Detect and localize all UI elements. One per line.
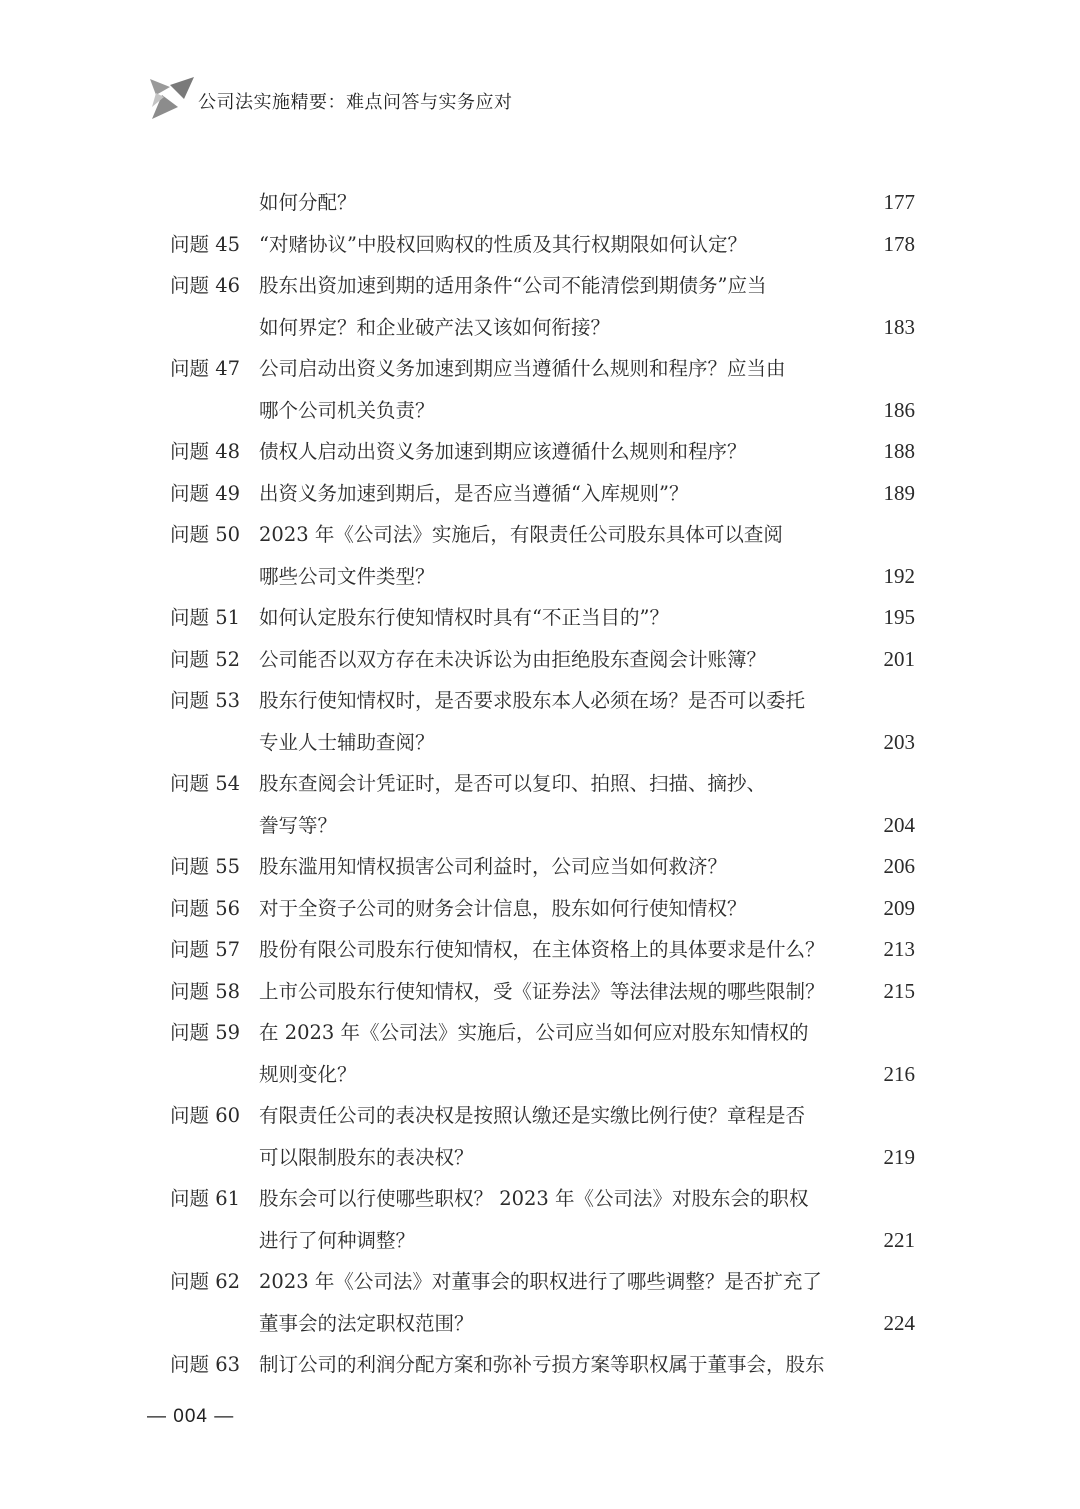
question-number: 问题 50	[170, 514, 258, 556]
question-title: 哪些公司文件类型？	[259, 556, 435, 598]
page-reference: 183	[884, 307, 916, 349]
question-number: 问题 53	[170, 680, 258, 722]
page-reference: 201	[884, 639, 916, 681]
page-reference: 189	[884, 473, 916, 515]
question-title: 如何界定？和企业破产法又该如何衔接？	[259, 307, 610, 349]
page-reference: 219	[884, 1137, 916, 1179]
question-number: 问题 63	[170, 1344, 258, 1386]
question-number: 问题 52	[170, 639, 258, 681]
toc-entry: 规则变化？216	[170, 1054, 915, 1096]
book-title: 公司法实施精要：难点问答与实务应对	[198, 88, 513, 114]
question-title: 股份有限公司股东行使知情权，在主体资格上的具体要求是什么？	[259, 929, 825, 971]
page-reference: 206	[884, 846, 916, 888]
question-title: 公司能否以双方存在未决诉讼为由拒绝股东查阅会计账簿？	[259, 639, 766, 681]
toc-entry: 问题 52公司能否以双方存在未决诉讼为由拒绝股东查阅会计账簿？201	[170, 639, 915, 681]
toc-entry: 问题 622023 年《公司法》对董事会的职权进行了哪些调整？是否扩充了	[170, 1261, 915, 1303]
toc-entry: 问题 58上市公司股东行使知情权，受《证券法》等法律法规的哪些限制？215	[170, 971, 915, 1013]
toc-entry: 哪些公司文件类型？192	[170, 556, 915, 598]
toc-entry: 专业人士辅助查阅？203	[170, 722, 915, 764]
page-reference: 216	[884, 1054, 916, 1096]
question-title: 进行了何种调整？	[259, 1220, 415, 1262]
toc-entry: 问题 55股东滥用知情权损害公司利益时，公司应当如何救济？206	[170, 846, 915, 888]
question-title: 专业人士辅助查阅？	[259, 722, 435, 764]
triangles-logo-icon	[148, 73, 198, 123]
page-reference: 178	[884, 224, 916, 266]
question-title: 股东行使知情权时，是否要求股东本人必须在场？是否可以委托	[259, 680, 805, 722]
page-number: — 004 —	[147, 1406, 234, 1428]
page-reference: 192	[884, 556, 916, 598]
question-title: 对于全资子公司的财务会计信息，股东如何行使知情权？	[259, 888, 747, 930]
toc-entry: 问题 502023 年《公司法》实施后，有限责任公司股东具体可以查阅	[170, 514, 915, 556]
question-title: 上市公司股东行使知情权，受《证券法》等法律法规的哪些限制？	[259, 971, 825, 1013]
question-number: 问题 51	[170, 597, 258, 639]
question-number: 问题 60	[170, 1095, 258, 1137]
toc-entry: 誊写等？204	[170, 805, 915, 847]
page-reference: 203	[884, 722, 916, 764]
question-number: 问题 54	[170, 763, 258, 805]
page-reference: 188	[884, 431, 916, 473]
toc-entry: 如何界定？和企业破产法又该如何衔接？183	[170, 307, 915, 349]
question-number: 问题 48	[170, 431, 258, 473]
toc-entry: 问题 59在 2023 年《公司法》实施后，公司应当如何应对股东知情权的	[170, 1012, 915, 1054]
question-number: 问题 62	[170, 1261, 258, 1303]
toc-entry: 哪个公司机关负责？186	[170, 390, 915, 432]
question-title: 2023 年《公司法》对董事会的职权进行了哪些调整？是否扩充了	[259, 1261, 822, 1303]
question-title: 股东会可以行使哪些职权？ 2023 年《公司法》对股东会的职权	[259, 1178, 809, 1220]
toc-entry: 问题 46股东出资加速到期的适用条件“公司不能清偿到期债务”应当	[170, 265, 915, 307]
question-title: 出资义务加速到期后，是否应当遵循“入库规则”？	[259, 473, 688, 515]
question-number: 问题 46	[170, 265, 258, 307]
page-reference: 221	[884, 1220, 916, 1262]
toc-entry: 问题 57股份有限公司股东行使知情权，在主体资格上的具体要求是什么？213	[170, 929, 915, 971]
toc-entry: 进行了何种调整？221	[170, 1220, 915, 1262]
toc-entry: 问题 47公司启动出资义务加速到期应当遵循什么规则和程序？应当由	[170, 348, 915, 390]
question-title: 股东出资加速到期的适用条件“公司不能清偿到期债务”应当	[259, 265, 766, 307]
running-header: 公司法实施精要：难点问答与实务应对	[148, 74, 513, 122]
page-reference: 215	[884, 971, 916, 1013]
question-number: 问题 45	[170, 224, 258, 266]
question-title: “对赌协议”中股权回购权的性质及其行权期限如何认定？	[259, 224, 747, 266]
page-reference: 204	[884, 805, 916, 847]
question-title: 哪个公司机关负责？	[259, 390, 435, 432]
toc-entry: 可以限制股东的表决权？219	[170, 1137, 915, 1179]
toc-entry: 问题 53股东行使知情权时，是否要求股东本人必须在场？是否可以委托	[170, 680, 915, 722]
question-number: 问题 59	[170, 1012, 258, 1054]
question-title: 2023 年《公司法》实施后，有限责任公司股东具体可以查阅	[259, 514, 783, 556]
page-reference: 186	[884, 390, 916, 432]
page-reference: 224	[884, 1303, 916, 1345]
question-number: 问题 49	[170, 473, 258, 515]
question-title: 誊写等？	[259, 805, 337, 847]
page-reference: 213	[884, 929, 916, 971]
question-title: 董事会的法定职权范围？	[259, 1303, 474, 1345]
question-title: 股东滥用知情权损害公司利益时，公司应当如何救济？	[259, 846, 727, 888]
question-number: 问题 47	[170, 348, 258, 390]
question-number: 问题 56	[170, 888, 258, 930]
question-title: 公司启动出资义务加速到期应当遵循什么规则和程序？应当由	[259, 348, 786, 390]
question-title: 有限责任公司的表决权是按照认缴还是实缴比例行使？章程是否	[259, 1095, 805, 1137]
toc-entry: 如何分配？177	[170, 182, 915, 224]
page-reference: 195	[884, 597, 916, 639]
question-title: 如何分配？	[259, 182, 357, 224]
question-number: 问题 58	[170, 971, 258, 1013]
toc-entry: 问题 63制订公司的利润分配方案和弥补亏损方案等职权属于董事会，股东	[170, 1344, 915, 1386]
toc-entry: 问题 56对于全资子公司的财务会计信息，股东如何行使知情权？209	[170, 888, 915, 930]
question-number: 问题 61	[170, 1178, 258, 1220]
toc-entry: 董事会的法定职权范围？224	[170, 1303, 915, 1345]
toc-entry: 问题 54股东查阅会计凭证时，是否可以复印、拍照、扫描、摘抄、	[170, 763, 915, 805]
question-title: 债权人启动出资义务加速到期应该遵循什么规则和程序？	[259, 431, 747, 473]
toc-entry: 问题 51如何认定股东行使知情权时具有“不正当目的”？195	[170, 597, 915, 639]
toc-entry: 问题 45“对赌协议”中股权回购权的性质及其行权期限如何认定？178	[170, 224, 915, 266]
toc-entry: 问题 49出资义务加速到期后，是否应当遵循“入库规则”？189	[170, 473, 915, 515]
question-title: 在 2023 年《公司法》实施后，公司应当如何应对股东知情权的	[259, 1012, 809, 1054]
question-title: 如何认定股东行使知情权时具有“不正当目的”？	[259, 597, 669, 639]
table-of-contents: 如何分配？177问题 45“对赌协议”中股权回购权的性质及其行权期限如何认定？1…	[170, 182, 915, 1386]
question-number: 问题 57	[170, 929, 258, 971]
toc-entry: 问题 60有限责任公司的表决权是按照认缴还是实缴比例行使？章程是否	[170, 1095, 915, 1137]
question-title: 股东查阅会计凭证时，是否可以复印、拍照、扫描、摘抄、	[259, 763, 766, 805]
question-number: 问题 55	[170, 846, 258, 888]
question-title: 制订公司的利润分配方案和弥补亏损方案等职权属于董事会，股东	[259, 1344, 825, 1386]
page-reference: 209	[884, 888, 916, 930]
page-reference: 177	[884, 182, 916, 224]
toc-entry: 问题 48债权人启动出资义务加速到期应该遵循什么规则和程序？188	[170, 431, 915, 473]
toc-entry: 问题 61股东会可以行使哪些职权？ 2023 年《公司法》对股东会的职权	[170, 1178, 915, 1220]
question-title: 规则变化？	[259, 1054, 357, 1096]
question-title: 可以限制股东的表决权？	[259, 1137, 474, 1179]
